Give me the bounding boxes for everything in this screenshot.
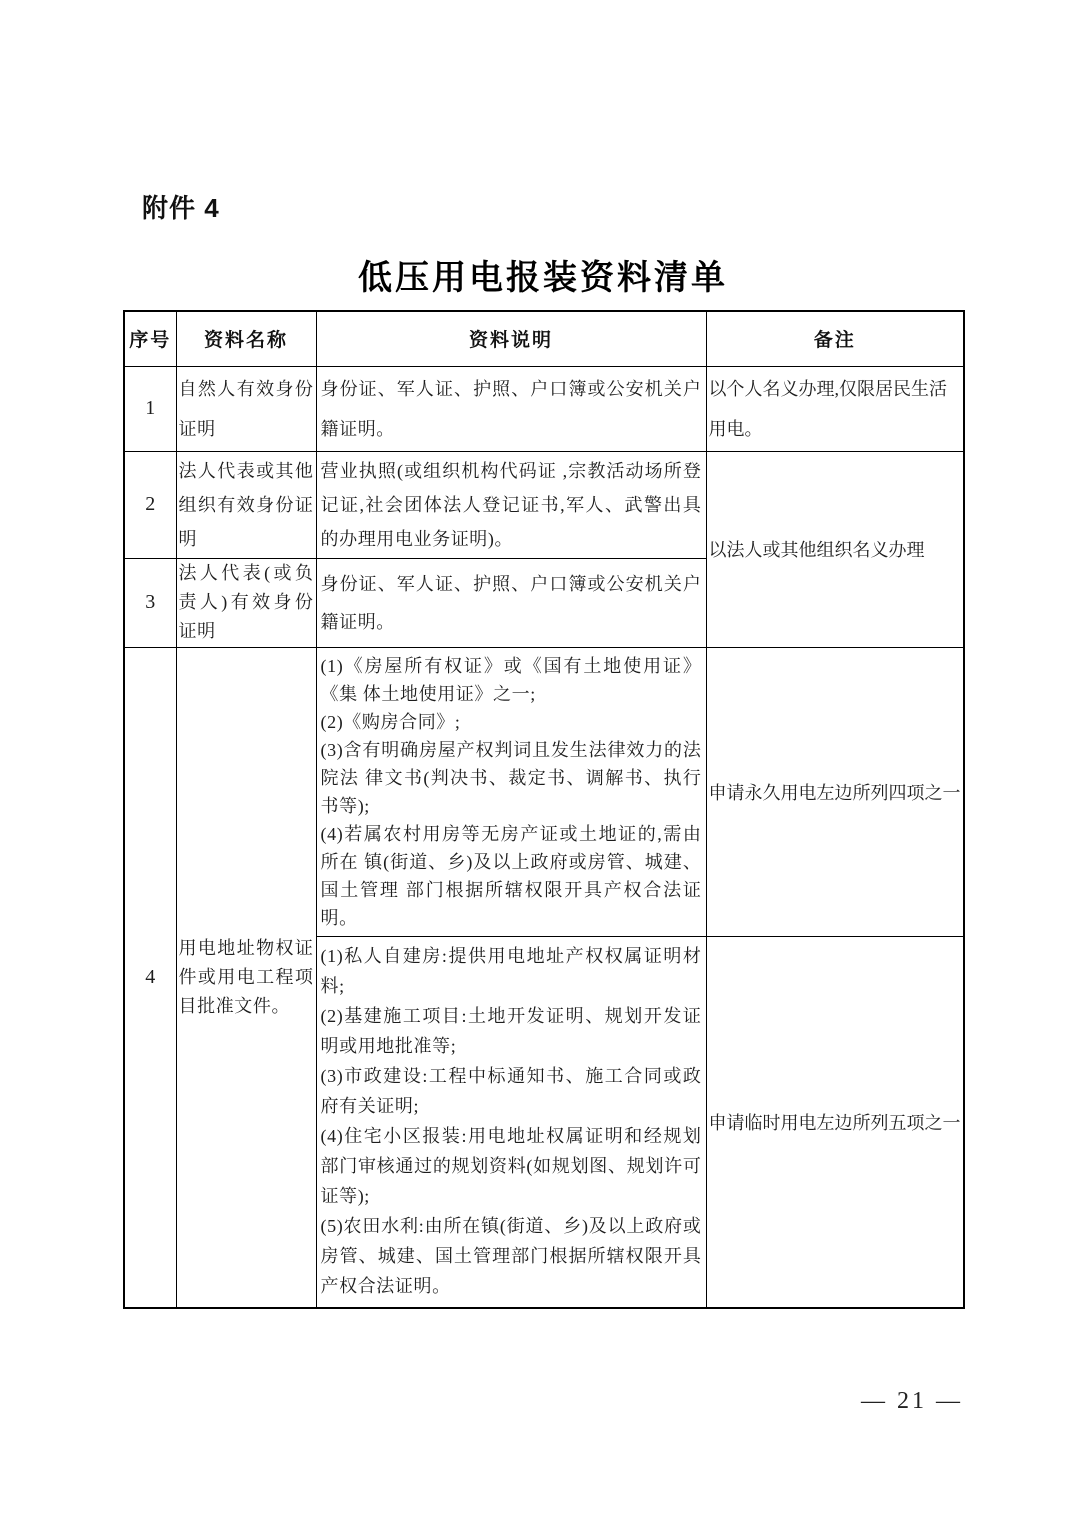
document-page: 附件 4 低压用电报装资料清单 序号 资料名称 资料说明 备注 1 自然人有效身… (0, 0, 1074, 1520)
col-header-serial: 序号 (124, 311, 176, 366)
table-header-row: 序号 资料名称 资料说明 备注 (124, 311, 964, 366)
row4-serial: 4 (124, 647, 176, 1308)
row4-temporary-remark: 申请临时用电左边所列五项之一 (706, 936, 964, 1308)
row1-serial: 1 (124, 366, 176, 451)
page-title: 低压用电报装资料清单 (123, 250, 963, 299)
row1-remark: 以个人名义办理,仅限居民生活用电。 (706, 366, 964, 451)
row4-permanent-description: (1)《房屋所有权证》或《国有土地使用证》《集 体土地使用证》之一; (2)《购… (316, 647, 706, 936)
row2-material-description: 营业执照(或组织机构代码证 ,宗教活动场所登记证,社会团体法人登记证书,军人、武… (316, 451, 706, 558)
col-header-material-name: 资料名称 (176, 311, 316, 366)
materials-table: 序号 资料名称 资料说明 备注 1 自然人有效身份证明 身份证、军人证、护照、户… (123, 310, 965, 1309)
row4-permanent-remark: 申请永久用电左边所列四项之一 (706, 647, 964, 936)
table-row-4-permanent: 4 用电地址物权证件或用电工程项目批准文件。 (1)《房屋所有权证》或《国有土地… (124, 647, 964, 936)
row4-temporary-description: (1)私人自建房:提供用电地址产权权属证明材料; (2)基建施工项目:土地开发证… (316, 936, 706, 1308)
row2-serial: 2 (124, 451, 176, 558)
col-header-material-description: 资料说明 (316, 311, 706, 366)
row4-material-name: 用电地址物权证件或用电工程项目批准文件。 (176, 647, 316, 1308)
row2-material-name: 法人代表或其他组织有效身份证明 (176, 451, 316, 558)
table-row-1: 1 自然人有效身份证明 身份证、军人证、护照、户口簿或公安机关户籍证明。 以个人… (124, 366, 964, 451)
attachment-label: 附件 4 (142, 188, 220, 225)
row3-material-description: 身份证、军人证、护照、户口簿或公安机关户籍证明。 (316, 558, 706, 647)
row2-3-merged-remark: 以法人或其他组织名义办理 (706, 451, 964, 647)
table-row-2: 2 法人代表或其他组织有效身份证明 营业执照(或组织机构代码证 ,宗教活动场所登… (124, 451, 964, 558)
row3-material-name: 法人代表(或负责人)有效身份证明 (176, 558, 316, 647)
page-number: — 21 — (123, 1388, 987, 1415)
row1-material-name: 自然人有效身份证明 (176, 366, 316, 451)
row1-material-description: 身份证、军人证、护照、户口簿或公安机关户籍证明。 (316, 366, 706, 451)
row3-serial: 3 (124, 558, 176, 647)
col-header-remarks: 备注 (706, 311, 964, 366)
